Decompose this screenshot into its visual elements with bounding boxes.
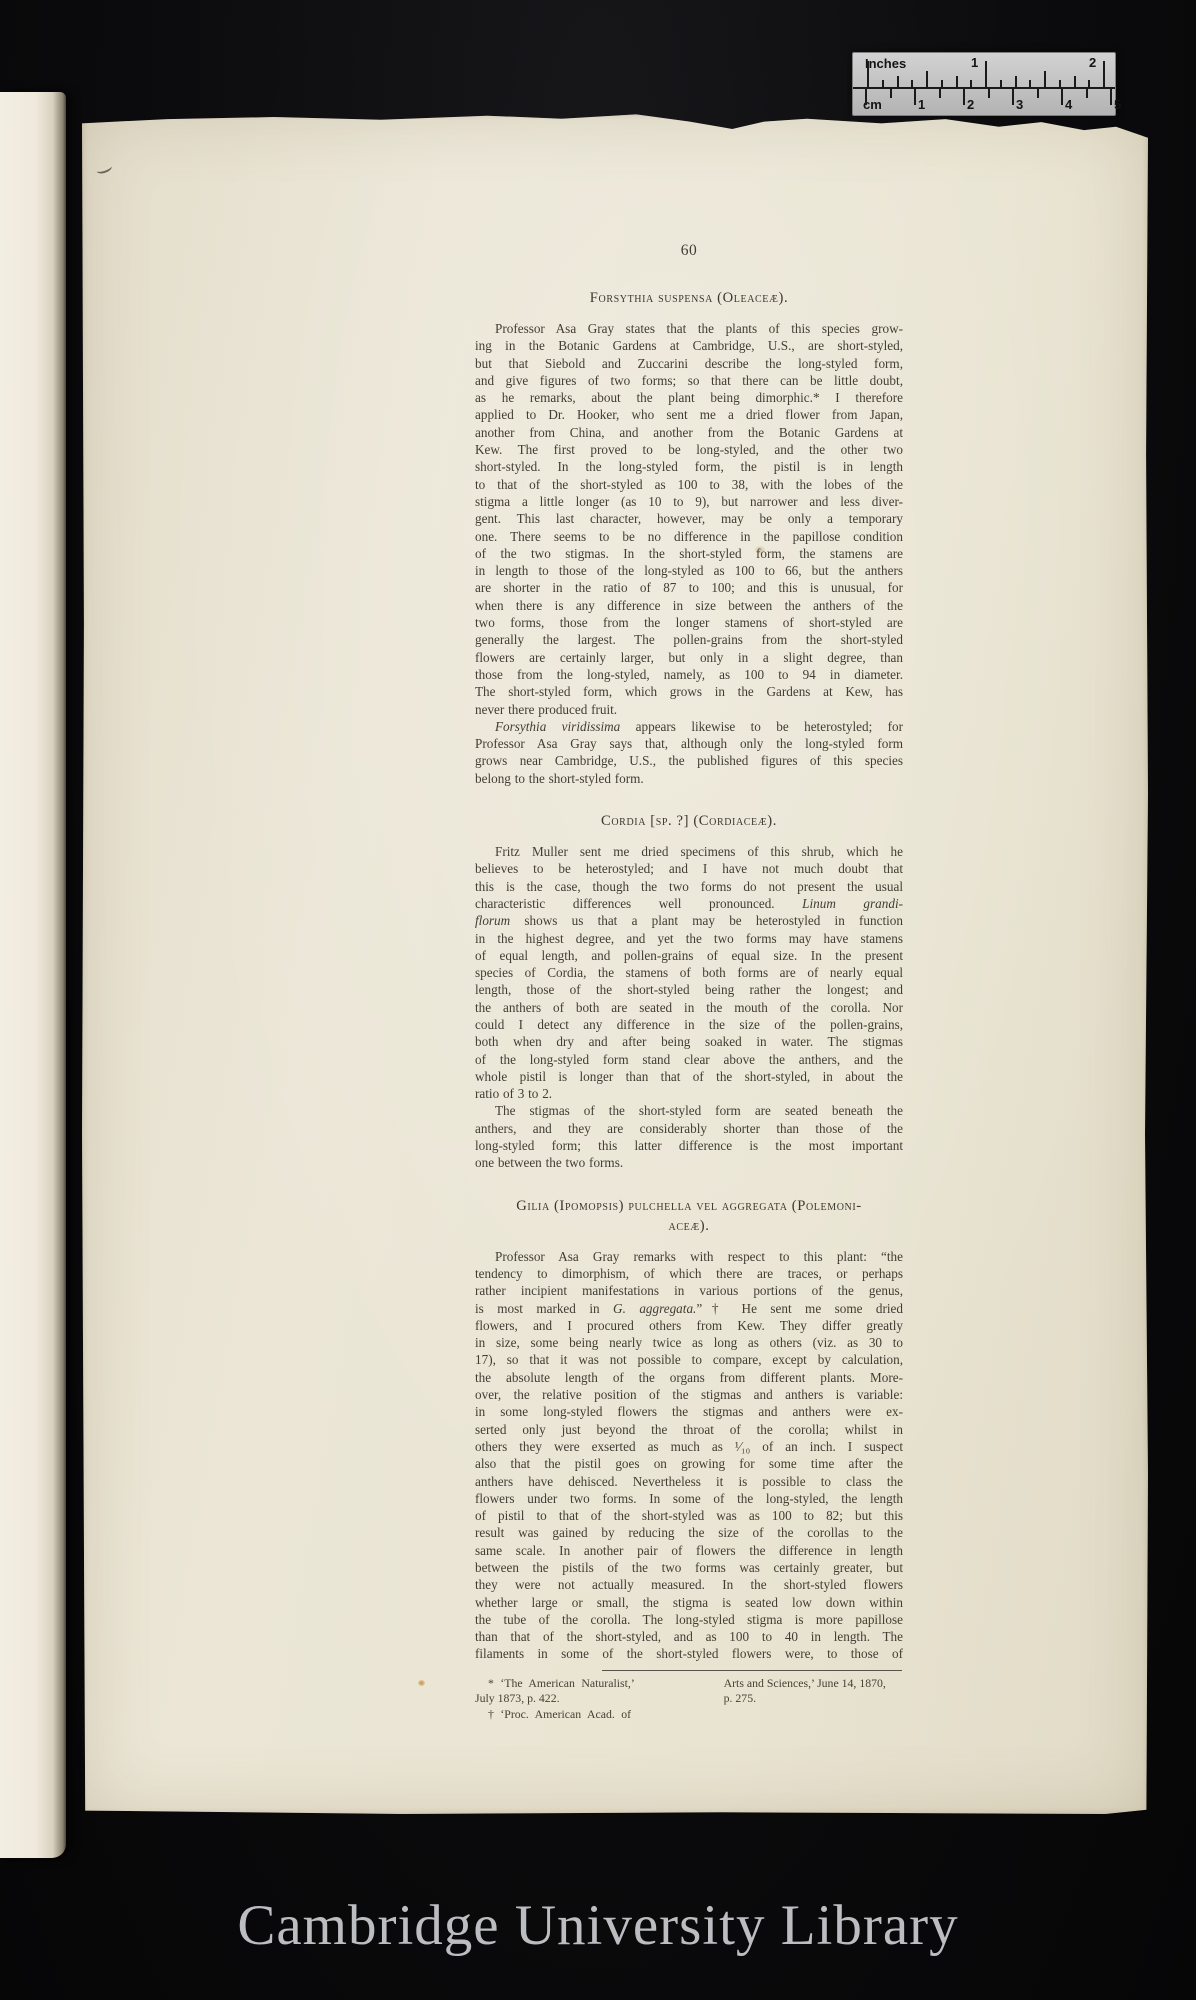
heading-line: aceæ).: [475, 1216, 903, 1236]
text-line: those from the long-styled, namely, as 1…: [475, 666, 903, 683]
footnote-rule: [602, 1670, 902, 1671]
inch-tick: [897, 76, 899, 87]
facing-page-edge: [0, 92, 66, 1858]
plain-text: could I detect any difference in the siz…: [475, 1017, 903, 1032]
plain-text: filaments in some of the short-styled fl…: [475, 1646, 903, 1661]
section: Forsythia suspensa (Oleaceæ).Professor A…: [475, 288, 903, 787]
plain-text: short-styled. In the long-styled form, t…: [475, 459, 903, 474]
text-line: tendency to dimorphism, of which there a…: [475, 1265, 903, 1282]
plain-text: as he remarks, about the plant being dim…: [475, 390, 903, 405]
plain-text: stigma a little longer (as 10 to 9), but…: [475, 494, 903, 509]
cm-tick: [890, 89, 892, 98]
inch-tick: [1059, 80, 1061, 87]
text-line: in size, some being nearly twice as long…: [475, 1334, 903, 1351]
text-line: serted only just beyond the throat of th…: [475, 1421, 903, 1438]
heading-line: Cordia [sp. ?] (Cordiaceæ).: [475, 811, 903, 831]
text-line: Forsythia viridissima appears likewise t…: [475, 718, 903, 735]
paragraph: The stigmas of the short-styled form are…: [475, 1102, 903, 1171]
text-line: others they were exserted as much as ¹⁄₁…: [475, 1438, 903, 1455]
plain-text: flowers under two forms. In some of the …: [475, 1491, 903, 1506]
plain-text: another from China, and another from the…: [475, 425, 903, 440]
plain-text: species of Cordia, the stamens of both f…: [475, 965, 903, 980]
section-heading: Cordia [sp. ?] (Cordiaceæ).: [475, 811, 903, 831]
text-line: generally the largest. The pollen-grains…: [475, 631, 903, 648]
text-line: anthers, and they are considerably short…: [475, 1120, 903, 1137]
text-line: both when dry and after being soaked in …: [475, 1033, 903, 1050]
paragraph: Professor Asa Gray remarks with respect …: [475, 1248, 903, 1663]
inch-tick: [941, 80, 943, 87]
text-line: The stigmas of the short-styled form are…: [475, 1102, 903, 1119]
text-line: in some long-styled flowers the stigmas …: [475, 1403, 903, 1420]
plain-text: of the long-styled form stand clear abov…: [475, 1052, 903, 1067]
inch-tick: [1044, 71, 1046, 87]
text-line: is most marked in G. aggregata.”† He sen…: [475, 1300, 903, 1317]
text-line: the absolute length of the organs from d…: [475, 1369, 903, 1386]
plain-text: length, those of the short-styled being …: [475, 982, 903, 997]
plain-text: Professor Asa Gray states that the plant…: [495, 321, 903, 336]
plain-text: never there produced fruit.: [475, 702, 617, 717]
footnote-line: Arts and Sciences,’ June 14, 1870,: [724, 1676, 903, 1692]
footnote-line: * ‘The American Naturalist,’: [475, 1676, 710, 1692]
library-watermark: Cambridge University Library: [0, 1893, 1196, 1958]
text-line: applied to Dr. Hooker, who sent me a dri…: [475, 406, 903, 423]
inch-tick: [882, 80, 884, 87]
text-line: filaments in some of the short-styled fl…: [475, 1645, 903, 1662]
text-line: flowers, and I procured others from Kew.…: [475, 1317, 903, 1334]
text-line: species of Cordia, the stamens of both f…: [475, 964, 903, 981]
plain-text: and give figures of two forms; so that t…: [475, 373, 903, 388]
inch-tick: [970, 80, 972, 87]
plain-text: belong to the short-styled form.: [475, 771, 644, 786]
plain-text: ing in the Botanic Gardens at Cambridge,…: [475, 338, 903, 353]
text-line: but that Siebold and Zuccarini describe …: [475, 355, 903, 372]
page-number: 60: [475, 242, 903, 260]
plain-text: result was gained by reducing the size o…: [475, 1525, 903, 1540]
text-line: Fritz Muller sent me dried specimens of …: [475, 843, 903, 860]
inch-tick: [911, 80, 913, 87]
paragraph: Fritz Muller sent me dried specimens of …: [475, 843, 903, 1102]
cm-tick: [988, 89, 990, 98]
plain-text: in the highest degree, and yet the two f…: [475, 931, 903, 946]
inch-tick: [1029, 80, 1031, 87]
text-line: in length to those of the long-styled as…: [475, 562, 903, 579]
section-heading: Gilia (Ipomopsis) pulchella vel aggregat…: [475, 1196, 903, 1236]
foxing-spot: [418, 1680, 425, 1686]
plain-text: those from the long-styled, namely, as 1…: [475, 667, 903, 682]
cm-tick: [939, 89, 941, 98]
cm-number: 4: [1065, 97, 1072, 112]
plain-text: The short-styled form, which grows in th…: [475, 684, 903, 699]
section: Cordia [sp. ?] (Cordiaceæ).Fritz Muller …: [475, 811, 903, 1172]
plain-text: believes to be heterostyled; and I have …: [475, 861, 903, 876]
text-line: they were not actually measured. In the …: [475, 1576, 903, 1593]
plain-text: The stigmas of the short-styled form are…: [495, 1103, 903, 1118]
text-line: of equal length, and pollen-grains of eq…: [475, 947, 903, 964]
plain-text: grows near Cambridge, U.S., the publishe…: [475, 753, 903, 768]
cm-number: 2: [967, 97, 974, 112]
plain-text: they were not actually measured. In the …: [475, 1577, 903, 1592]
text-line: when there is any difference in size bet…: [475, 597, 903, 614]
section-heading: Forsythia suspensa (Oleaceæ).: [475, 288, 903, 308]
footnote-column-right: Arts and Sciences,’ June 14, 1870,p. 275…: [724, 1676, 903, 1723]
text-line: between the pistils of the two forms was…: [475, 1559, 903, 1576]
measurement-ruler: Inches cm 1212345: [852, 52, 1116, 116]
plain-text: is most marked in: [475, 1301, 613, 1316]
plain-text: in some long-styled flowers the stigmas …: [475, 1404, 903, 1419]
text-line: whole pistil is longer than that of the …: [475, 1068, 903, 1085]
inch-number: 1: [971, 55, 978, 70]
plain-text: both when dry and after being soaked in …: [475, 1034, 903, 1049]
plain-text: flowers are certainly larger, but only i…: [475, 650, 903, 665]
text-line: long-styled form; this latter difference…: [475, 1137, 903, 1154]
plain-text: same scale. In another pair of flowers t…: [475, 1543, 903, 1558]
text-line: grows near Cambridge, U.S., the publishe…: [475, 752, 903, 769]
text-line: 17), so that it was not possible to comp…: [475, 1351, 903, 1368]
plain-text: tendency to dimorphism, of which there a…: [475, 1266, 903, 1281]
cm-tick: [1110, 89, 1112, 105]
inch-tick: [1000, 80, 1002, 87]
italic-text: Linum grandi-: [802, 896, 903, 911]
plain-text: one between the two forms.: [475, 1155, 623, 1170]
plain-text: are shorter in the ratio of 87 to 100; a…: [475, 580, 903, 595]
cm-tick: [1012, 89, 1014, 105]
cm-number: 3: [1016, 97, 1023, 112]
cm-tick: [865, 89, 867, 105]
plain-text: Professor Asa Gray remarks with respect …: [495, 1249, 903, 1264]
text-line: believes to be heterostyled; and I have …: [475, 860, 903, 877]
plain-text: when there is any difference in size bet…: [475, 598, 903, 613]
inch-tick: [867, 61, 869, 87]
paragraph: Forsythia viridissima appears likewise t…: [475, 718, 903, 787]
text-line: ratio of 3 to 2.: [475, 1085, 903, 1102]
heading-line: Gilia (Ipomopsis) pulchella vel aggregat…: [475, 1196, 903, 1216]
text-line: one between the two forms.: [475, 1154, 903, 1171]
section: Gilia (Ipomopsis) pulchella vel aggregat…: [475, 1196, 903, 1663]
text-line: two forms, those from the longer stamens…: [475, 614, 903, 631]
text-line: Kew. The first proved to be long-styled,…: [475, 441, 903, 458]
text-line: length, those of the short-styled being …: [475, 981, 903, 998]
plain-text: ”† He sent me some dried: [696, 1301, 903, 1316]
plain-text: but that Siebold and Zuccarini describe …: [475, 356, 903, 371]
paragraph: Professor Asa Gray states that the plant…: [475, 320, 903, 718]
plain-text: this is the case, though the two forms d…: [475, 879, 903, 894]
plain-text: over, the relative position of the stigm…: [475, 1387, 903, 1402]
plain-text: one. There seems to be no difference in …: [475, 529, 903, 544]
text-line: than that of the short-styled, and as 10…: [475, 1628, 903, 1645]
inch-tick: [956, 76, 958, 87]
plain-text: whole pistil is longer than that of the …: [475, 1069, 903, 1084]
footnotes: * ‘The American Naturalist,’July 1873, p…: [475, 1676, 903, 1723]
plain-text: serted only just beyond the throat of th…: [475, 1422, 903, 1437]
text-line: of pistil to that of the short-styled wa…: [475, 1507, 903, 1524]
inch-tick: [1103, 61, 1105, 87]
cm-number: 5: [1114, 97, 1121, 112]
text-line: one. There seems to be no difference in …: [475, 528, 903, 545]
plain-text: whether large or small, the stigma is se…: [475, 1595, 903, 1610]
plain-text: long-styled form; this latter difference…: [475, 1138, 903, 1153]
text-line: this is the case, though the two forms d…: [475, 878, 903, 895]
inch-tick: [1074, 76, 1076, 87]
text-line: characteristic differences well pronounc…: [475, 895, 903, 912]
plain-text: anthers have dehisced. Nevertheless it i…: [475, 1474, 903, 1489]
plain-text: others they were exserted as much as ¹⁄₁…: [475, 1439, 903, 1454]
italic-text: florum: [475, 913, 510, 928]
text-line: same scale. In another pair of flowers t…: [475, 1542, 903, 1559]
text-line: of the long-styled form stand clear abov…: [475, 1051, 903, 1068]
sections-container: Forsythia suspensa (Oleaceæ).Professor A…: [475, 288, 903, 1663]
inch-tick: [1088, 80, 1090, 87]
text-line: flowers are certainly larger, but only i…: [475, 649, 903, 666]
text-line: whether large or small, the stigma is se…: [475, 1594, 903, 1611]
cm-tick: [1061, 89, 1063, 105]
plain-text: in length to those of the long-styled as…: [475, 563, 903, 578]
text-line: The short-styled form, which grows in th…: [475, 683, 903, 700]
plain-text: gent. This last character, however, may …: [475, 511, 903, 526]
plain-text: in size, some being nearly twice as long…: [475, 1335, 903, 1350]
plain-text: anthers, and they are considerably short…: [475, 1121, 903, 1136]
plain-text: 17), so that it was not possible to comp…: [475, 1352, 903, 1367]
italic-text: Forsythia viridissima: [495, 719, 620, 734]
inch-tick: [1015, 76, 1017, 87]
text-line: the anthers of both are seated in the mo…: [475, 999, 903, 1016]
plain-text: the anthers of both are seated in the mo…: [475, 1000, 903, 1015]
plain-text: than that of the short-styled, and as 10…: [475, 1629, 903, 1644]
plain-text: applied to Dr. Hooker, who sent me a dri…: [475, 407, 903, 422]
cm-tick: [1037, 89, 1039, 98]
text-line: gent. This last character, however, may …: [475, 510, 903, 527]
plain-text: the tube of the corolla. The long-styled…: [475, 1612, 903, 1627]
text-column: Forsythia suspensa (Oleaceæ).Professor A…: [475, 288, 903, 1723]
italic-text: G. aggregata.: [613, 1301, 696, 1316]
plain-text: generally the largest. The pollen-grains…: [475, 632, 903, 647]
footnote-line: † ‘Proc. American Acad. of: [475, 1707, 710, 1723]
text-line: result was gained by reducing the size o…: [475, 1524, 903, 1541]
plain-text: two forms, those from the longer stamens…: [475, 615, 903, 630]
scanned-page: 60 Forsythia suspensa (Oleaceæ).Professo…: [82, 114, 1148, 1814]
cm-number: 1: [918, 97, 925, 112]
cm-tick: [1086, 89, 1088, 98]
text-line: in the highest degree, and yet the two f…: [475, 930, 903, 947]
plain-text: also that the pistil goes on growing for…: [475, 1456, 903, 1471]
plain-text: appears likewise to be heterostyled; for: [620, 719, 903, 734]
text-line: as he remarks, about the plant being dim…: [475, 389, 903, 406]
plain-text: Fritz Muller sent me dried specimens of …: [495, 844, 903, 859]
text-line: Professor Asa Gray says that, although o…: [475, 735, 903, 752]
text-line: are shorter in the ratio of 87 to 100; a…: [475, 579, 903, 596]
text-line: to that of the short-styled as 100 to 38…: [475, 476, 903, 493]
text-line: Professor Asa Gray remarks with respect …: [475, 1248, 903, 1265]
text-line: could I detect any difference in the siz…: [475, 1016, 903, 1033]
plain-text: of equal length, and pollen-grains of eq…: [475, 948, 903, 963]
plain-text: the absolute length of the organs from d…: [475, 1370, 903, 1385]
text-line: another from China, and another from the…: [475, 424, 903, 441]
text-line: the tube of the corolla. The long-styled…: [475, 1611, 903, 1628]
text-line: Professor Asa Gray states that the plant…: [475, 320, 903, 337]
heading-line: Forsythia suspensa (Oleaceæ).: [475, 288, 903, 308]
text-line: rather incipient manifestations in vario…: [475, 1282, 903, 1299]
pencil-mark: [95, 162, 113, 176]
text-line: of the two stigmas. In the short-styled …: [475, 545, 903, 562]
footnote-line: p. 275.: [724, 1691, 903, 1707]
ruler-midline: [853, 87, 1115, 89]
plain-text: of the two stigmas. In the short-styled …: [475, 546, 903, 561]
text-line: never there produced fruit.: [475, 701, 903, 718]
plain-text: rather incipient manifestations in vario…: [475, 1283, 903, 1298]
text-line: florum shows us that a plant may be hete…: [475, 912, 903, 929]
text-line: over, the relative position of the stigm…: [475, 1386, 903, 1403]
cm-tick: [963, 89, 965, 105]
plain-text: between the pistils of the two forms was…: [475, 1560, 903, 1575]
ruler-inches-label: Inches: [865, 56, 906, 71]
text-line: also that the pistil goes on growing for…: [475, 1455, 903, 1472]
text-line: short-styled. In the long-styled form, t…: [475, 458, 903, 475]
plain-text: ratio of 3 to 2.: [475, 1086, 552, 1101]
text-line: anthers have dehisced. Nevertheless it i…: [475, 1473, 903, 1490]
inch-tick: [926, 71, 928, 87]
text-line: belong to the short-styled form.: [475, 770, 903, 787]
inch-number: 2: [1089, 55, 1096, 70]
plain-text: flowers, and I procured others from Kew.…: [475, 1318, 903, 1333]
cm-tick: [914, 89, 916, 105]
plain-text: Kew. The first proved to be long-styled,…: [475, 442, 903, 457]
plain-text: to that of the short-styled as 100 to 38…: [475, 477, 903, 492]
text-line: and give figures of two forms; so that t…: [475, 372, 903, 389]
scanned-book-photo: { "colors":{"background":"#0b0b0d","pape…: [0, 0, 1196, 2000]
inch-tick: [985, 61, 987, 87]
text-line: ing in the Botanic Gardens at Cambridge,…: [475, 337, 903, 354]
plain-text: of pistil to that of the short-styled wa…: [475, 1508, 903, 1523]
text-line: stigma a little longer (as 10 to 9), but…: [475, 493, 903, 510]
footnote-column-left: * ‘The American Naturalist,’July 1873, p…: [475, 1676, 710, 1723]
plain-text: characteristic differences well pronounc…: [475, 896, 802, 911]
text-line: flowers under two forms. In some of the …: [475, 1490, 903, 1507]
plain-text: Professor Asa Gray says that, although o…: [475, 736, 903, 751]
plain-text: shows us that a plant may be heterostyle…: [510, 913, 903, 928]
footnote-line: July 1873, p. 422.: [475, 1691, 710, 1707]
